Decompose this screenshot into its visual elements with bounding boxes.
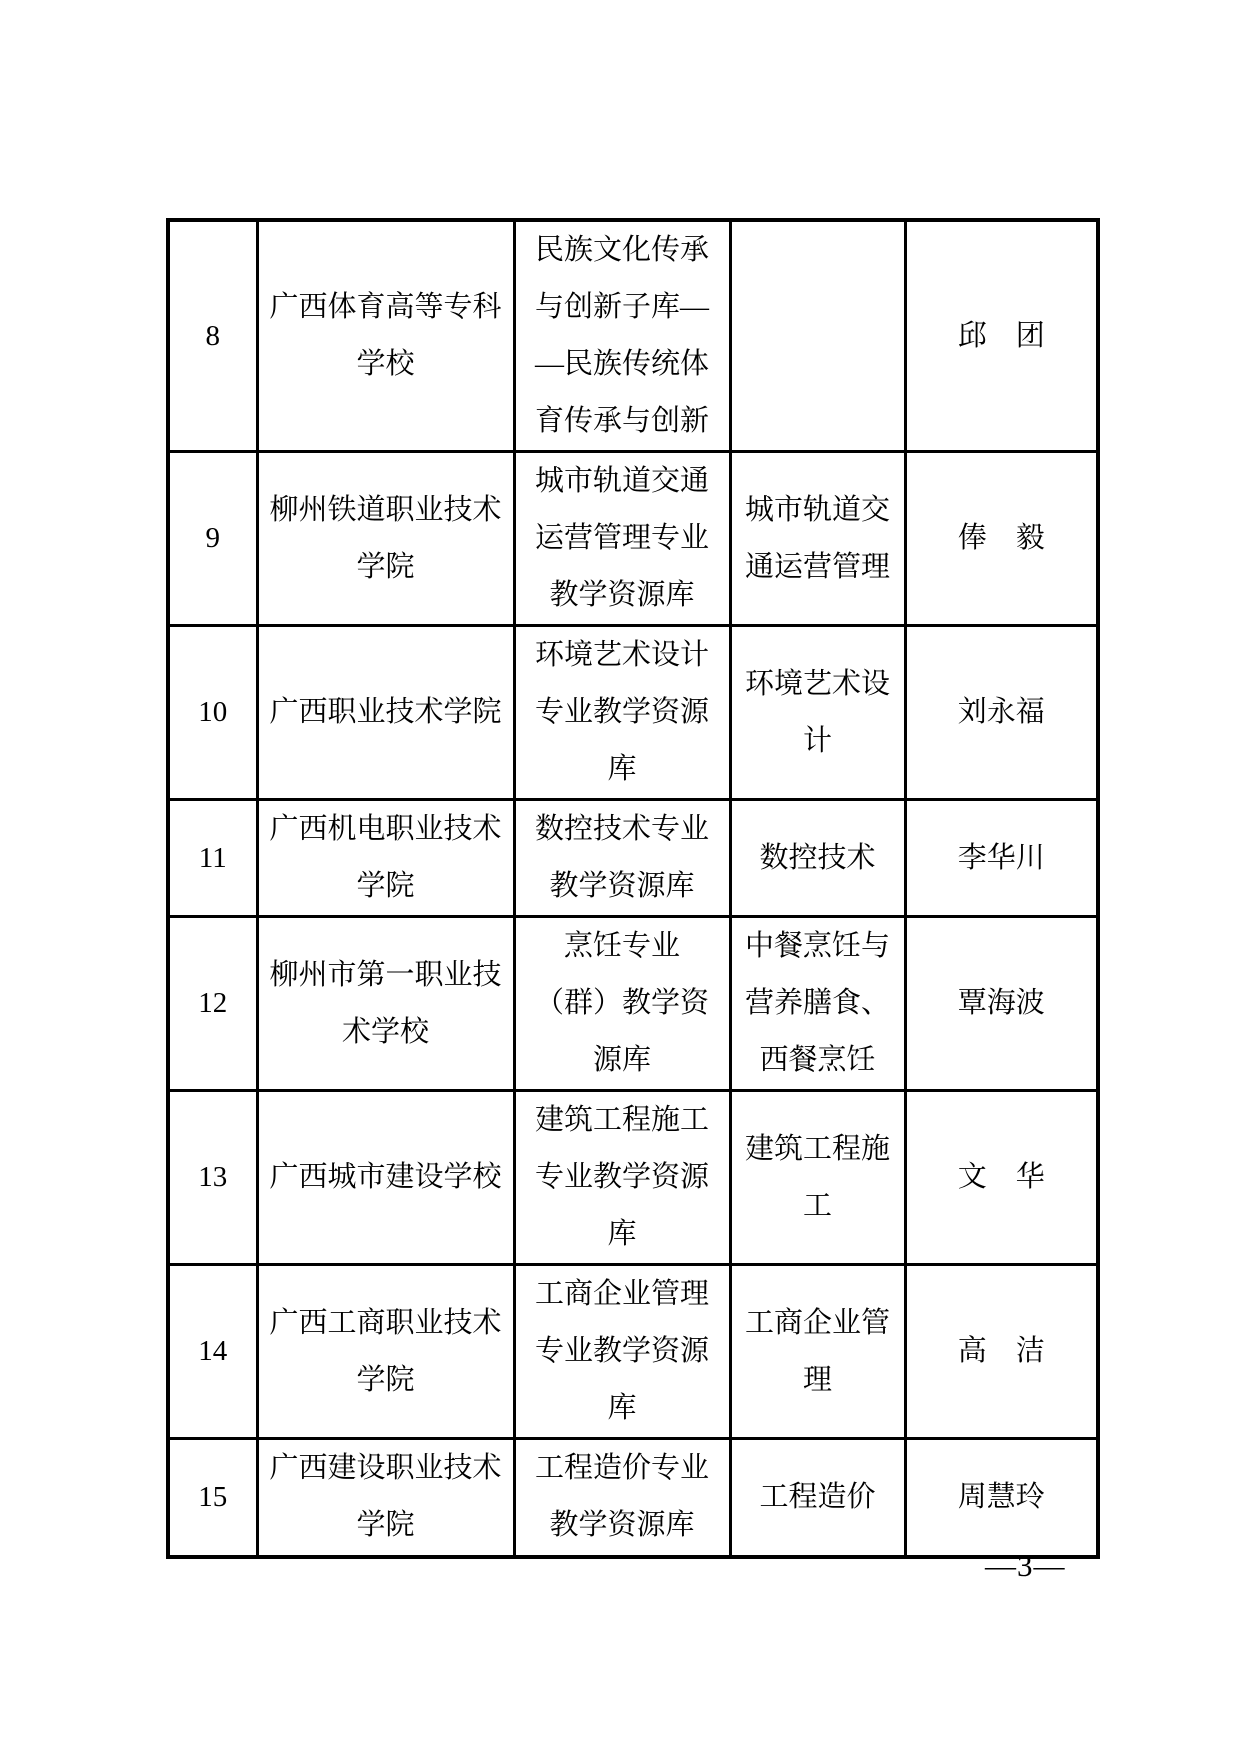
major-cell: 中餐烹饪与营养膳食、西餐烹饪 — [730, 917, 905, 1091]
row-number-cell: 10 — [168, 626, 257, 800]
school-cell-line: 学校 — [259, 336, 513, 393]
major-cell-line: 营养膳食、 — [732, 975, 904, 1032]
school-cell-line: 广西职业技术学院 — [259, 684, 513, 741]
major-cell-line: 理 — [732, 1352, 904, 1409]
leader-cell-line: 高 洁 — [907, 1323, 1097, 1380]
project-cell: 环境艺术设计专业教学资源库 — [514, 626, 730, 800]
leader-cell: 邱 团 — [905, 220, 1098, 452]
school-cell-line: 广西机电职业技术 — [259, 801, 513, 858]
leader-cell-line: 刘永福 — [907, 684, 1097, 741]
project-cell-line: 工程造价专业 — [516, 1440, 729, 1497]
row-number-cell-line: 14 — [170, 1323, 256, 1380]
school-cell: 柳州铁道职业技术学院 — [257, 452, 514, 626]
major-cell-line: 工 — [732, 1178, 904, 1235]
row-number-cell: 9 — [168, 452, 257, 626]
major-cell: 城市轨道交通运营管理 — [730, 452, 905, 626]
row-number-cell-line: 15 — [170, 1469, 256, 1526]
resource-table-body: 8广西体育高等专科学校民族文化传承与创新子库——民族传统体育传承与创新邱 团9柳… — [168, 220, 1098, 1557]
leader-cell-line: 俸 毅 — [907, 510, 1097, 567]
project-cell-line: 源库 — [516, 1032, 729, 1089]
project-cell-line: 与创新子库— — [516, 279, 729, 336]
row-number-cell: 13 — [168, 1091, 257, 1265]
leader-cell-line: 覃海波 — [907, 975, 1097, 1032]
row-number-cell-line: 13 — [170, 1149, 256, 1206]
leader-cell: 刘永福 — [905, 626, 1098, 800]
page-number: —3— — [985, 1548, 1066, 1584]
major-cell-line: 城市轨道交 — [732, 482, 904, 539]
project-cell-line: 库 — [516, 1380, 729, 1437]
leader-cell-line: 文 华 — [907, 1149, 1097, 1206]
major-cell: 工程造价 — [730, 1439, 905, 1557]
school-cell-line: 学院 — [259, 1352, 513, 1409]
school-cell-line: 学院 — [259, 1497, 513, 1554]
school-cell-line: 学院 — [259, 858, 513, 915]
row-number-cell: 14 — [168, 1265, 257, 1439]
school-cell: 柳州市第一职业技术学校 — [257, 917, 514, 1091]
school-cell-line: 广西体育高等专科 — [259, 279, 513, 336]
school-cell-line: 广西建设职业技术 — [259, 1440, 513, 1497]
project-cell-line: 城市轨道交通 — [516, 453, 729, 510]
leader-cell: 周慧玲 — [905, 1439, 1098, 1557]
school-cell: 广西机电职业技术学院 — [257, 800, 514, 917]
project-cell-line: 教学资源库 — [516, 858, 729, 915]
project-cell-line: 专业教学资源 — [516, 1323, 729, 1380]
row-number-cell-line: 10 — [170, 684, 256, 741]
project-cell-line: 专业教学资源 — [516, 684, 729, 741]
leader-cell-line: 邱 团 — [907, 308, 1097, 365]
leader-cell-line: 周慧玲 — [907, 1469, 1097, 1526]
project-cell-line: 育传承与创新 — [516, 393, 729, 450]
school-cell-line: 广西工商职业技术 — [259, 1295, 513, 1352]
document-page: 8广西体育高等专科学校民族文化传承与创新子库——民族传统体育传承与创新邱 团9柳… — [0, 0, 1241, 1754]
school-cell-line: 术学校 — [259, 1004, 513, 1061]
project-cell-line: 烹饪专业 — [516, 918, 729, 975]
school-cell: 广西建设职业技术学院 — [257, 1439, 514, 1557]
school-cell-line: 广西城市建设学校 — [259, 1149, 513, 1206]
row-number-cell: 12 — [168, 917, 257, 1091]
table-row: 15广西建设职业技术学院工程造价专业教学资源库工程造价周慧玲 — [168, 1439, 1098, 1557]
table-row: 13广西城市建设学校建筑工程施工专业教学资源库建筑工程施工文 华 — [168, 1091, 1098, 1265]
major-cell-line: 工程造价 — [732, 1469, 904, 1526]
row-number-cell-line: 8 — [170, 308, 256, 365]
project-cell: 工商企业管理专业教学资源库 — [514, 1265, 730, 1439]
major-cell: 建筑工程施工 — [730, 1091, 905, 1265]
row-number-cell: 15 — [168, 1439, 257, 1557]
major-cell: 数控技术 — [730, 800, 905, 917]
project-cell-line: 数控技术专业 — [516, 801, 729, 858]
major-cell-line: 建筑工程施 — [732, 1121, 904, 1178]
table-row: 8广西体育高等专科学校民族文化传承与创新子库——民族传统体育传承与创新邱 团 — [168, 220, 1098, 452]
leader-cell: 李华川 — [905, 800, 1098, 917]
school-cell-line: 学院 — [259, 539, 513, 596]
resource-table: 8广西体育高等专科学校民族文化传承与创新子库——民族传统体育传承与创新邱 团9柳… — [166, 218, 1100, 1559]
major-cell-line: 西餐烹饪 — [732, 1032, 904, 1089]
project-cell: 城市轨道交通运营管理专业教学资源库 — [514, 452, 730, 626]
major-cell — [730, 220, 905, 452]
table-row: 14广西工商职业技术学院工商企业管理专业教学资源库工商企业管理高 洁 — [168, 1265, 1098, 1439]
major-cell-line: 中餐烹饪与 — [732, 918, 904, 975]
school-cell: 广西职业技术学院 — [257, 626, 514, 800]
row-number-cell-line: 11 — [170, 830, 256, 887]
table-row: 12柳州市第一职业技术学校烹饪专业（群）教学资源库中餐烹饪与营养膳食、西餐烹饪覃… — [168, 917, 1098, 1091]
project-cell-line: 环境艺术设计 — [516, 627, 729, 684]
row-number-cell-line: 12 — [170, 975, 256, 1032]
major-cell-line: 数控技术 — [732, 830, 904, 887]
project-cell-line: 教学资源库 — [516, 567, 729, 624]
row-number-cell: 11 — [168, 800, 257, 917]
leader-cell: 俸 毅 — [905, 452, 1098, 626]
project-cell-line: 教学资源库 — [516, 1497, 729, 1554]
row-number-cell-line: 9 — [170, 510, 256, 567]
leader-cell-line: 李华川 — [907, 830, 1097, 887]
project-cell-line: 民族文化传承 — [516, 222, 729, 279]
project-cell-line: 运营管理专业 — [516, 510, 729, 567]
project-cell: 民族文化传承与创新子库——民族传统体育传承与创新 — [514, 220, 730, 452]
table-row: 10广西职业技术学院环境艺术设计专业教学资源库环境艺术设计刘永福 — [168, 626, 1098, 800]
table-row: 11广西机电职业技术学院数控技术专业教学资源库数控技术李华川 — [168, 800, 1098, 917]
school-cell-line: 柳州市第一职业技 — [259, 947, 513, 1004]
table-row: 9柳州铁道职业技术学院城市轨道交通运营管理专业教学资源库城市轨道交通运营管理俸 … — [168, 452, 1098, 626]
project-cell-line: —民族传统体 — [516, 336, 729, 393]
school-cell: 广西工商职业技术学院 — [257, 1265, 514, 1439]
major-cell: 环境艺术设计 — [730, 626, 905, 800]
project-cell: 建筑工程施工专业教学资源库 — [514, 1091, 730, 1265]
school-cell: 广西体育高等专科学校 — [257, 220, 514, 452]
project-cell: 工程造价专业教学资源库 — [514, 1439, 730, 1557]
project-cell: 烹饪专业（群）教学资源库 — [514, 917, 730, 1091]
major-cell: 工商企业管理 — [730, 1265, 905, 1439]
project-cell-line: 专业教学资源 — [516, 1149, 729, 1206]
major-cell-line: 工商企业管 — [732, 1295, 904, 1352]
project-cell-line: 工商企业管理 — [516, 1266, 729, 1323]
project-cell-line: 库 — [516, 1206, 729, 1263]
major-cell-line: 通运营管理 — [732, 539, 904, 596]
project-cell: 数控技术专业教学资源库 — [514, 800, 730, 917]
school-cell-line: 柳州铁道职业技术 — [259, 482, 513, 539]
leader-cell: 文 华 — [905, 1091, 1098, 1265]
project-cell-line: （群）教学资 — [516, 975, 729, 1032]
school-cell: 广西城市建设学校 — [257, 1091, 514, 1265]
major-cell-line: 环境艺术设 — [732, 656, 904, 713]
major-cell-line: 计 — [732, 713, 904, 770]
leader-cell: 高 洁 — [905, 1265, 1098, 1439]
row-number-cell: 8 — [168, 220, 257, 452]
project-cell-line: 建筑工程施工 — [516, 1092, 729, 1149]
project-cell-line: 库 — [516, 741, 729, 798]
leader-cell: 覃海波 — [905, 917, 1098, 1091]
